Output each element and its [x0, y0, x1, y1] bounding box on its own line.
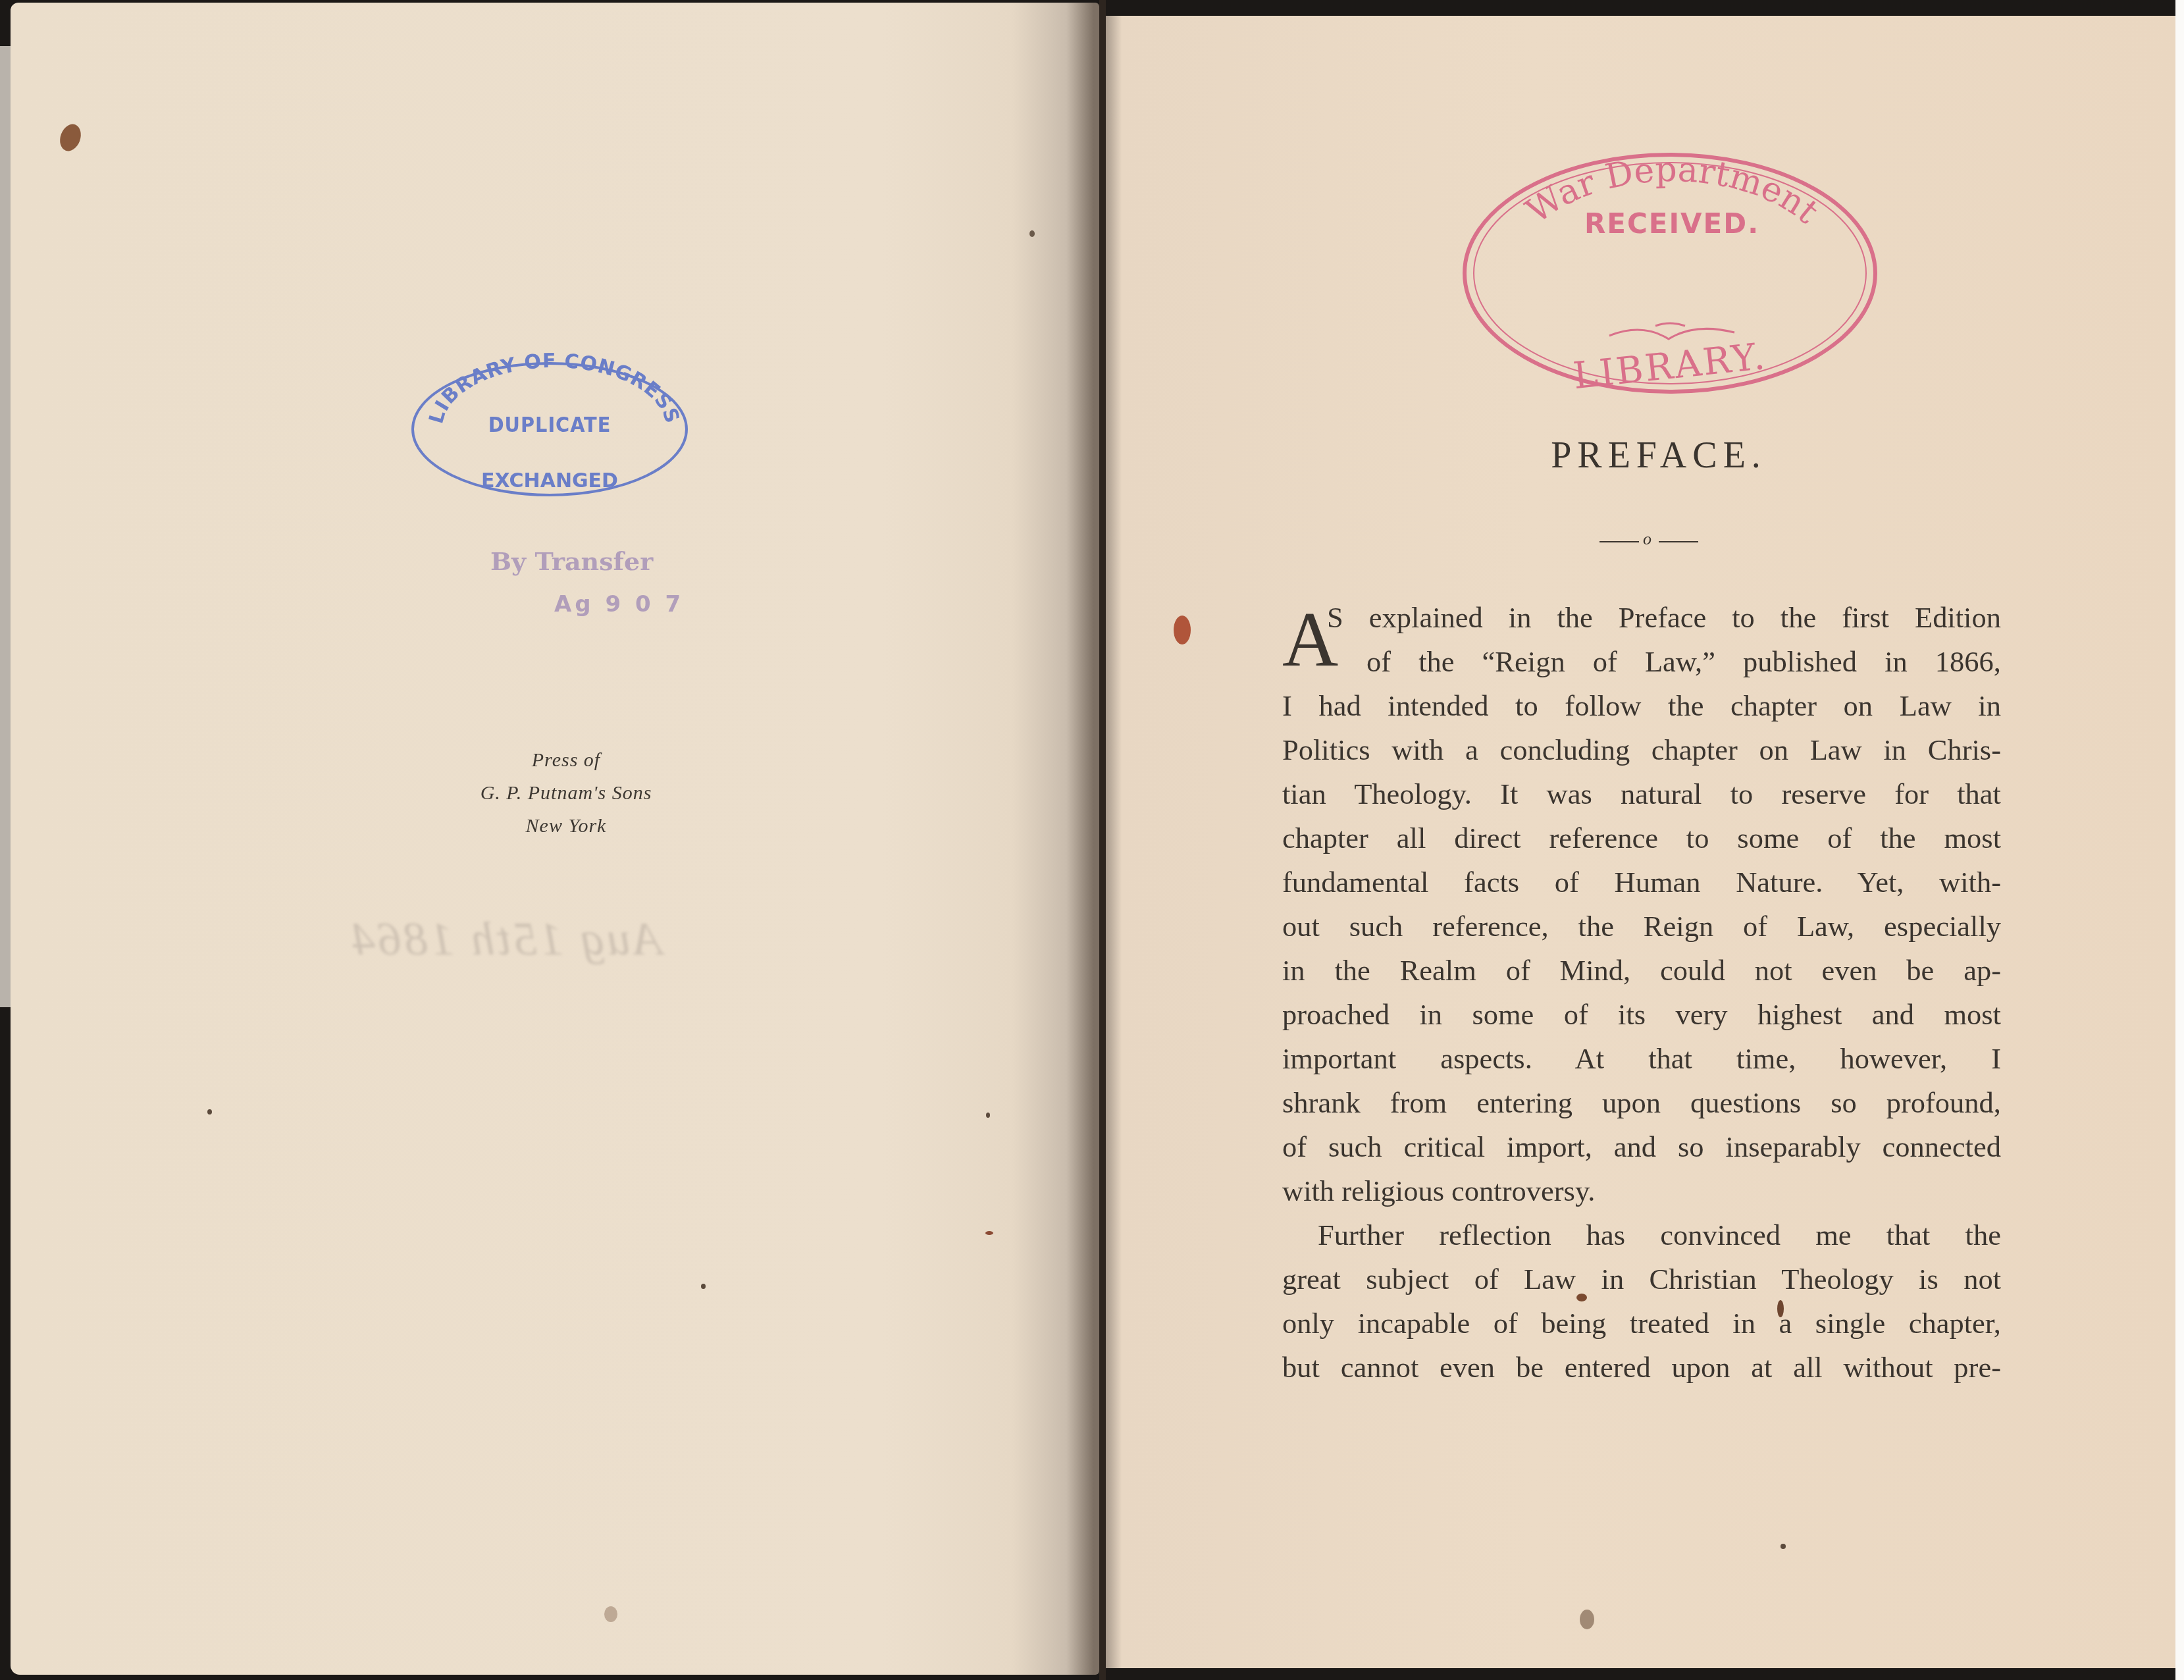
stamp-duplicate-text: DUPLICATE — [408, 412, 691, 437]
text-line: Politics with a concluding chapter on La… — [1282, 728, 2001, 772]
text-line: A S explained in the Preface to the firs… — [1282, 596, 2001, 640]
foxing-spot — [1576, 1294, 1587, 1301]
scan-bed-edge — [0, 46, 11, 1007]
foxing-spot — [1580, 1610, 1594, 1629]
foxing-spot — [1777, 1300, 1784, 1317]
foxing-spot — [1029, 230, 1035, 237]
foxing-spot — [985, 1231, 993, 1235]
printer-imprint: Press of G. P. Putnam's Sons New York — [421, 744, 711, 843]
text-line: out such reference, the Reign of Law, es… — [1282, 905, 2001, 949]
text-line: chapter all direct reference to some of … — [1282, 816, 2001, 860]
text-line: great subject of Law in Christian Theolo… — [1282, 1257, 2001, 1301]
svg-text:LIBRARY.: LIBRARY. — [1571, 335, 1769, 398]
stamp-received-text: RECEIVED. — [1458, 207, 1886, 240]
title-ornament: o — [1599, 535, 1698, 548]
text-line: proached in some of its very highest and… — [1282, 993, 2001, 1037]
foxing-spot — [701, 1284, 706, 1289]
foxing-spot — [986, 1113, 990, 1118]
book-spine — [1099, 0, 1106, 1680]
text-line: I had intended to follow the chapter on … — [1282, 684, 2001, 728]
svg-text:EXCHANGED: EXCHANGED — [481, 469, 618, 492]
war-department-stamp: War Department LIBRARY. RECEIVED. — [1458, 142, 1886, 405]
scan-white-margin — [2175, 0, 2184, 1680]
text-line: shrank from entering upon questions so p… — [1282, 1081, 2001, 1125]
accession-date-stamp: Ag 9 0 7 — [554, 591, 684, 617]
drop-cap: A — [1282, 601, 1338, 679]
imprint-line-2: G. P. Putnam's Sons — [421, 777, 711, 810]
foxing-spot — [1174, 616, 1191, 644]
imprint-line-3: New York — [421, 810, 711, 843]
text-line: of the “Reign of Law,” published in 1866… — [1282, 640, 2001, 684]
preface-body: A S explained in the Preface to the firs… — [1282, 596, 2001, 1390]
library-of-congress-stamp: LIBRARY OF CONGRESS EXCHANGED DUPLICATE — [408, 349, 691, 507]
text-line: Further reflection has convinced me that… — [1282, 1213, 2001, 1257]
text-line: of such critical import, and so insepara… — [1282, 1125, 2001, 1169]
text-line: important aspects. At that time, however… — [1282, 1037, 2001, 1081]
text-line: tian Theology. It was natural to reserve… — [1282, 772, 2001, 816]
text-line: but cannot even be entered upon at all w… — [1282, 1346, 2001, 1390]
foxing-spot — [1781, 1544, 1786, 1549]
text-line: in the Realm of Mind, could not even be … — [1282, 949, 2001, 993]
oval-stamp-border-icon: War Department LIBRARY. — [1458, 142, 1886, 405]
text-line: only incapable of being treated in a sin… — [1282, 1301, 2001, 1346]
foxing-spot — [604, 1606, 617, 1622]
page-title: PREFACE. — [1415, 434, 1902, 477]
imprint-line-1: Press of — [421, 744, 711, 777]
text-line: fundamental facts of Human Nature. Yet, … — [1282, 860, 2001, 905]
foxing-spot — [207, 1109, 212, 1115]
text-line: with religious controversy. — [1282, 1169, 2001, 1213]
transfer-stamp-text: By Transfer — [490, 546, 653, 576]
show-through-handwriting: Aug 15th 1864 — [349, 912, 662, 966]
